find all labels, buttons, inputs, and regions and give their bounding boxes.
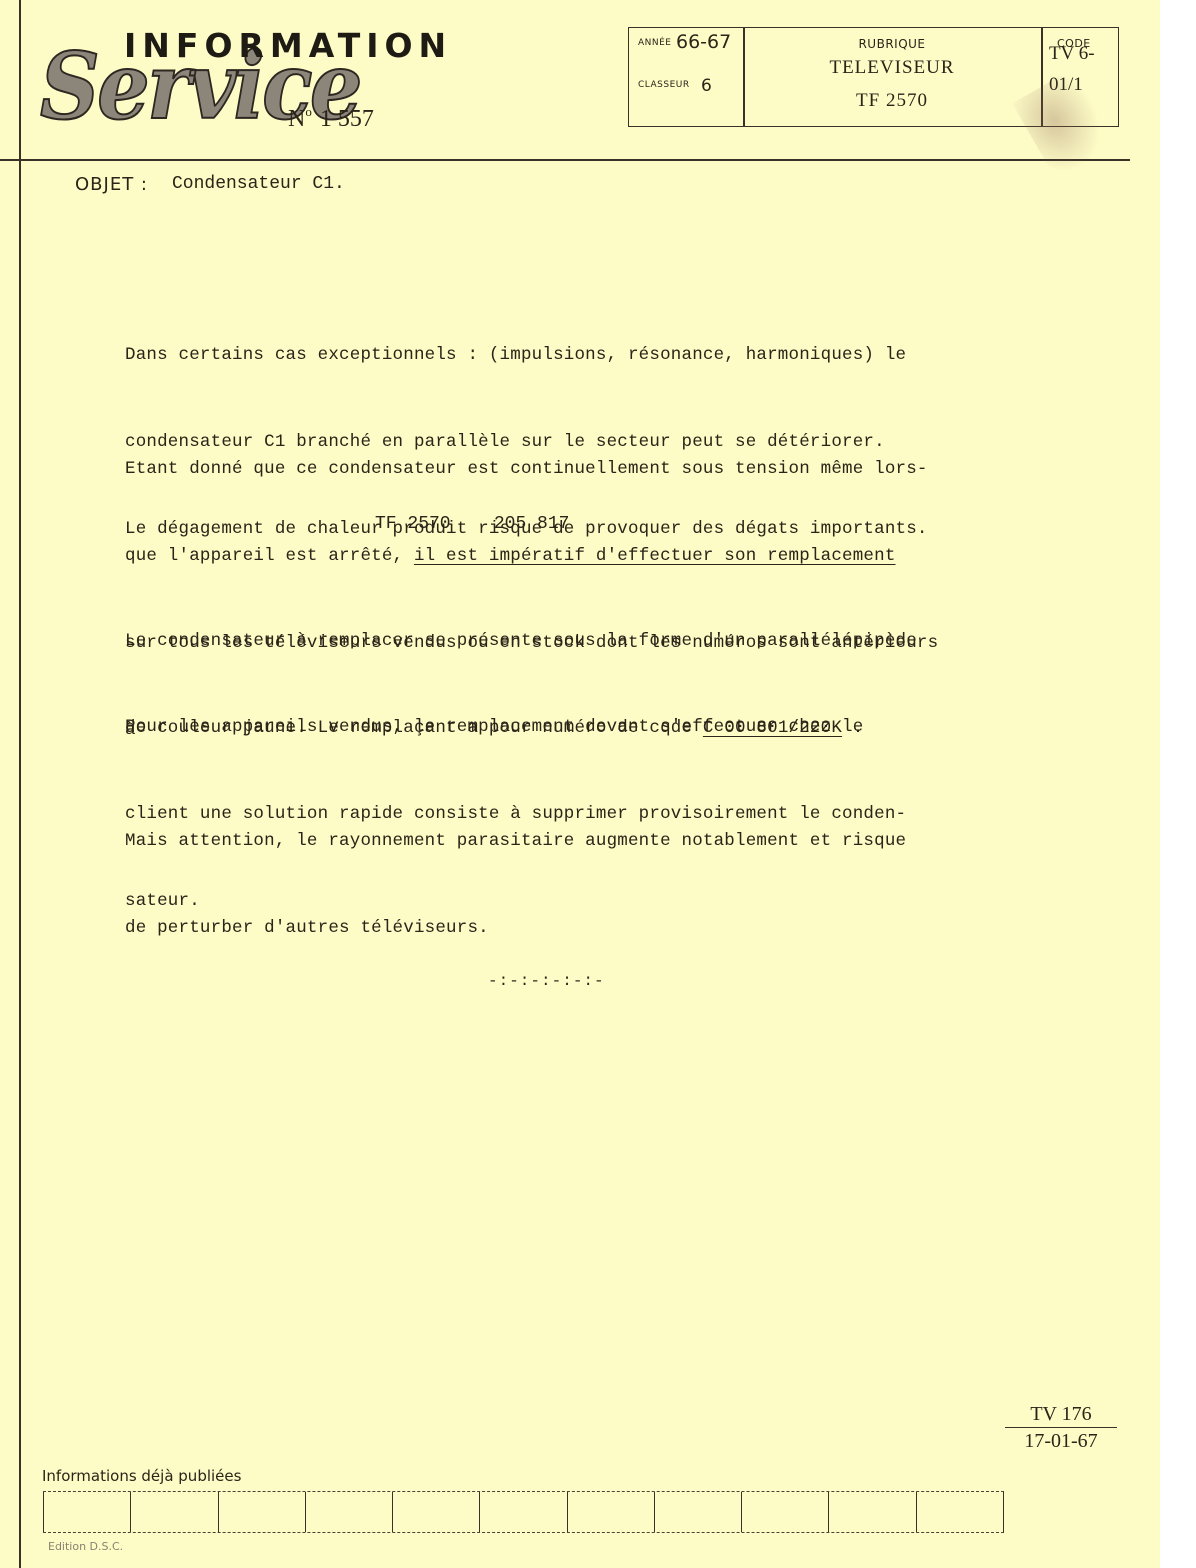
rubrique-label: RUBRIQUE	[743, 37, 1041, 51]
edition-credit: Edition D.S.C.	[48, 1540, 123, 1553]
text-line: que l'appareil est arrêté, il est impéra…	[125, 542, 1085, 571]
published-cell	[43, 1492, 131, 1532]
header-divider	[0, 159, 1130, 161]
published-cell	[917, 1492, 1004, 1532]
objet-label: OBJET :	[75, 174, 148, 195]
published-cell	[829, 1492, 916, 1532]
serial-reference: TF 2570 205 817	[375, 514, 569, 534]
text-line: de perturber d'autres téléviseurs.	[125, 914, 1085, 943]
footer-ref-number: TV 176	[1005, 1403, 1117, 1428]
number-degree: o	[305, 104, 312, 119]
number-prefix: N	[288, 106, 305, 132]
published-cell	[131, 1492, 218, 1532]
number-value: 1 557	[320, 106, 374, 132]
footer-reference: TV 176 17-01-67	[1005, 1403, 1117, 1453]
model-value: TF 2570	[743, 90, 1041, 112]
bulletin-number: No1 557	[288, 104, 374, 133]
text-line: Le condensateur à remplacer se présente …	[125, 627, 1085, 656]
published-cell	[306, 1492, 393, 1532]
emphasis-underlined: il est impératif d'effectuer son remplac…	[414, 546, 896, 566]
code-label: CODE	[1057, 37, 1091, 50]
rubrique-value: TELEVISEUR	[743, 57, 1041, 79]
text-line: Etant donné que ce condensateur est cont…	[125, 455, 1085, 484]
annee-label: ANNÉE	[638, 38, 672, 48]
left-margin-rule	[19, 0, 21, 1568]
published-cell	[568, 1492, 655, 1532]
published-cell	[480, 1492, 567, 1532]
text-line: Mais attention, le rayonnement parasitai…	[125, 827, 1085, 856]
paragraph-5: Mais attention, le rayonnement parasitai…	[125, 769, 1085, 972]
ref-serial: 205 817	[494, 514, 570, 534]
classeur-value: 6	[701, 76, 712, 96]
logo-information: INFORMATION	[124, 26, 452, 65]
text-line: Dans certains cas exceptionnels : (impul…	[125, 341, 1085, 370]
published-cell	[393, 1492, 480, 1532]
published-cell	[742, 1492, 829, 1532]
published-label: Informations déjà publiées	[42, 1467, 241, 1485]
published-table	[43, 1491, 1004, 1533]
footer-date: 17-01-67	[1005, 1430, 1117, 1453]
annee-value: 66-67	[676, 31, 731, 53]
end-separator: -:-:-:-:-:-	[488, 972, 605, 990]
classeur-label: CLASSEUR	[638, 80, 690, 90]
published-cell	[219, 1492, 306, 1532]
text-line: Pour les appareils vendus, le remplaceme…	[125, 713, 1085, 742]
text-segment: que l'appareil est arrêté,	[125, 546, 414, 566]
published-cell	[655, 1492, 742, 1532]
ref-model: TF 2570	[375, 514, 451, 534]
objet-value: Condensateur C1.	[172, 174, 345, 194]
